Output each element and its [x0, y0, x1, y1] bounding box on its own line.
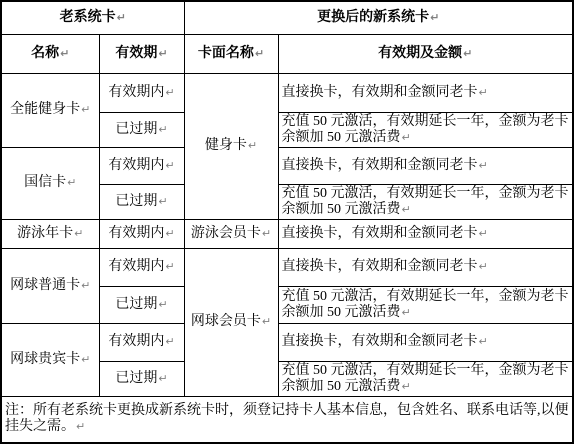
- paragraph-mark-icon: ↵: [402, 131, 411, 144]
- paragraph-mark-icon: ↵: [255, 47, 264, 60]
- validity-text: 已过期: [115, 194, 157, 209]
- paragraph-mark-icon: ↵: [165, 159, 174, 172]
- old-card-name-cell: 网球普通卡↵: [1, 248, 99, 323]
- new-system-card-header-label: 更换后的新系统卡: [317, 10, 429, 25]
- validity-cell: 有效期内↵: [99, 147, 184, 184]
- result-cell: 直接换卡，有效期和金额同老卡↵: [278, 219, 573, 248]
- paragraph-mark-icon: ↵: [402, 203, 411, 216]
- old-card-name-cell: 全能健身卡↵: [1, 73, 99, 147]
- result-text: 直接换卡，有效期和金额同老卡: [282, 85, 478, 100]
- result-text: 直接换卡，有效期和金额同老卡: [282, 259, 478, 274]
- table-row: 网球贵宾卡↵ 有效期内↵ 直接换卡，有效期和金额同老卡↵: [1, 323, 573, 361]
- card-face-name-column-header: 卡面名称↵: [184, 34, 278, 73]
- paragraph-mark-icon: ↵: [262, 315, 271, 328]
- paragraph-mark-icon: ↵: [402, 380, 411, 393]
- old-system-card-header-label: 老系统卡: [60, 10, 116, 25]
- validity-column-header: 有效期↵: [99, 34, 184, 73]
- paragraph-mark-icon: ↵: [165, 335, 174, 348]
- card-replacement-table: 老系统卡↵ 更换后的新系统卡↵ 名称↵ 有效期↵ 卡面名称↵ 有效期及金额↵ 全…: [0, 0, 574, 444]
- old-card-name: 全能健身卡: [10, 102, 80, 117]
- paragraph-mark-icon: ↵: [430, 11, 439, 24]
- new-card-name: 游泳会员卡: [191, 226, 261, 241]
- result-cell: 直接换卡，有效期和金额同老卡↵: [278, 73, 573, 112]
- result-text: 直接换卡，有效期和金额同老卡: [282, 158, 478, 173]
- table-row: 国信卡↵ 有效期内↵ 直接换卡，有效期和金额同老卡↵: [1, 147, 573, 184]
- old-card-name: 国信卡: [24, 175, 66, 190]
- paragraph-mark-icon: ↵: [479, 335, 488, 348]
- validity-cell: 已过期↵: [99, 286, 184, 323]
- old-card-name-cell: 游泳年卡↵: [1, 219, 99, 248]
- paragraph-mark-icon: ↵: [165, 227, 174, 240]
- result-cell: 充值 50 元激活，有效期延长一年，金额为老卡余额加 50 元激活费↵: [278, 361, 573, 396]
- name-column-header: 名称↵: [1, 34, 99, 73]
- validity-cell: 有效期内↵: [99, 248, 184, 286]
- table-header-row-2: 名称↵ 有效期↵ 卡面名称↵ 有效期及金额↵: [1, 34, 573, 73]
- old-system-card-header: 老系统卡↵: [1, 1, 184, 34]
- note-text: 注：所有老系统卡更换成新系统卡时，须登记持卡人基本信息，包含姓名、联系电话等,以…: [5, 403, 569, 434]
- paragraph-mark-icon: ↵: [158, 298, 167, 311]
- validity-amount-column-header: 有效期及金额↵: [278, 34, 573, 73]
- paragraph-mark-icon: ↵: [117, 11, 126, 24]
- paragraph-mark-icon: ↵: [81, 353, 90, 366]
- paragraph-mark-icon: ↵: [165, 86, 174, 99]
- paragraph-mark-icon: ↵: [74, 227, 83, 240]
- validity-text: 已过期: [115, 297, 157, 312]
- paragraph-mark-icon: ↵: [479, 86, 488, 99]
- result-text: 充值 50 元激活，有效期延长一年，金额为老卡余额加 50 元激活费: [282, 114, 569, 145]
- result-text: 充值 50 元激活，有效期延长一年，金额为老卡余额加 50 元激活费: [282, 289, 569, 320]
- paragraph-mark-icon: ↵: [76, 420, 85, 433]
- paragraph-mark-icon: ↵: [67, 176, 76, 189]
- table-row: 网球普通卡↵ 有效期内↵ 网球会员卡↵ 直接换卡，有效期和金额同老卡↵: [1, 248, 573, 286]
- validity-cell: 有效期内↵: [99, 219, 184, 248]
- document-page: 老系统卡↵ 更换后的新系统卡↵ 名称↵ 有效期↵ 卡面名称↵ 有效期及金额↵ 全…: [0, 0, 574, 444]
- validity-text: 有效期内: [108, 226, 164, 241]
- old-card-name: 网球贵宾卡: [10, 352, 80, 367]
- paragraph-mark-icon: ↵: [158, 195, 167, 208]
- result-text: 充值 50 元激活，有效期延长一年，金额为老卡余额加 50 元激活费: [282, 186, 569, 217]
- note-cell: 注：所有老系统卡更换成新系统卡时，须登记持卡人基本信息，包含姓名、联系电话等,以…: [1, 396, 573, 443]
- result-text: 充值 50 元激活，有效期延长一年，金额为老卡余额加 50 元激活费: [282, 363, 569, 394]
- old-card-name-cell: 网球贵宾卡↵: [1, 323, 99, 396]
- paragraph-mark-icon: ↵: [479, 159, 488, 172]
- new-card-name-cell: 健身卡↵: [184, 73, 278, 219]
- result-cell: 充值 50 元激活，有效期延长一年，金额为老卡余额加 50 元激活费↵: [278, 184, 573, 219]
- result-cell: 充值 50 元激活，有效期延长一年，金额为老卡余额加 50 元激活费↵: [278, 286, 573, 323]
- validity-text: 有效期内: [108, 334, 164, 349]
- result-cell: 直接换卡，有效期和金额同老卡↵: [278, 147, 573, 184]
- new-card-name-cell: 游泳会员卡↵: [184, 219, 278, 248]
- old-card-name: 游泳年卡: [17, 226, 73, 241]
- paragraph-mark-icon: ↵: [165, 260, 174, 273]
- validity-cell: 有效期内↵: [99, 73, 184, 112]
- paragraph-mark-icon: ↵: [262, 227, 271, 240]
- paragraph-mark-icon: ↵: [81, 279, 90, 292]
- validity-amount-column-header-label: 有效期及金额: [378, 46, 462, 61]
- result-text: 直接换卡，有效期和金额同老卡: [282, 334, 478, 349]
- paragraph-mark-icon: ↵: [479, 260, 488, 273]
- new-system-card-header: 更换后的新系统卡↵: [184, 1, 573, 34]
- table-note-row: 注：所有老系统卡更换成新系统卡时，须登记持卡人基本信息，包含姓名、联系电话等,以…: [1, 396, 573, 443]
- validity-cell: 已过期↵: [99, 184, 184, 219]
- paragraph-mark-icon: ↵: [158, 123, 167, 136]
- validity-text: 已过期: [115, 122, 157, 137]
- table-row: 游泳年卡↵ 有效期内↵ 游泳会员卡↵ 直接换卡，有效期和金额同老卡↵: [1, 219, 573, 248]
- paragraph-mark-icon: ↵: [158, 47, 167, 60]
- validity-text: 有效期内: [108, 259, 164, 274]
- validity-text: 有效期内: [108, 158, 164, 173]
- paragraph-mark-icon: ↵: [479, 227, 488, 240]
- validity-cell: 已过期↵: [99, 112, 184, 147]
- result-cell: 直接换卡，有效期和金额同老卡↵: [278, 323, 573, 361]
- paragraph-mark-icon: ↵: [402, 306, 411, 319]
- paragraph-mark-icon: ↵: [463, 47, 472, 60]
- validity-text: 有效期内: [108, 85, 164, 100]
- table-row: 全能健身卡↵ 有效期内↵ 健身卡↵ 直接换卡，有效期和金额同老卡↵: [1, 73, 573, 112]
- validity-column-header-label: 有效期: [115, 46, 157, 61]
- new-card-name-cell: 网球会员卡↵: [184, 248, 278, 396]
- old-card-name: 网球普通卡: [10, 278, 80, 293]
- result-text: 直接换卡，有效期和金额同老卡: [282, 226, 478, 241]
- old-card-name-cell: 国信卡↵: [1, 147, 99, 219]
- validity-text: 已过期: [115, 371, 157, 386]
- new-card-name: 网球会员卡: [191, 314, 261, 329]
- validity-cell: 已过期↵: [99, 361, 184, 396]
- name-column-header-label: 名称: [31, 46, 59, 61]
- new-card-name: 健身卡: [205, 138, 247, 153]
- result-cell: 直接换卡，有效期和金额同老卡↵: [278, 248, 573, 286]
- result-cell: 充值 50 元激活，有效期延长一年，金额为老卡余额加 50 元激活费↵: [278, 112, 573, 147]
- paragraph-mark-icon: ↵: [248, 139, 257, 152]
- table-header-row-1: 老系统卡↵ 更换后的新系统卡↵: [1, 1, 573, 34]
- card-face-name-column-header-label: 卡面名称: [198, 46, 254, 61]
- paragraph-mark-icon: ↵: [81, 103, 90, 116]
- paragraph-mark-icon: ↵: [158, 372, 167, 385]
- validity-cell: 有效期内↵: [99, 323, 184, 361]
- paragraph-mark-icon: ↵: [60, 47, 69, 60]
